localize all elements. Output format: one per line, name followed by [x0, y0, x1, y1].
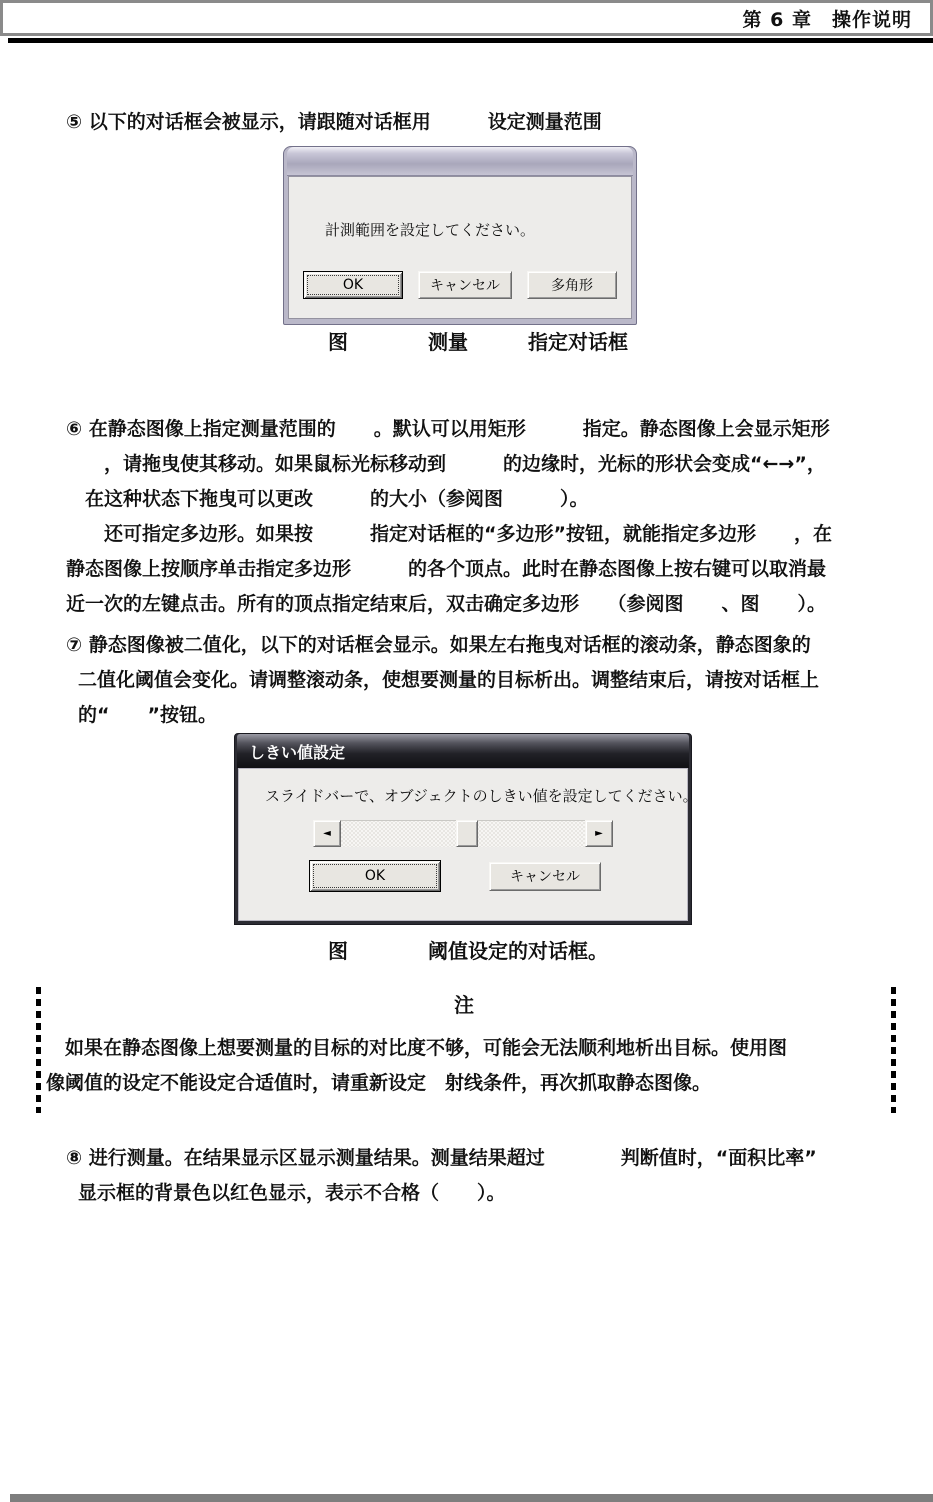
step-6-line: 静态图像上按顺序单击指定多边形 的各个顶点。此时在静态图像上按右键可以取消最: [66, 552, 933, 587]
cancel-button[interactable]: キャンセル: [418, 271, 512, 299]
step-6-line: ，请拖曳使其移动。如果鼠标光标移动到 的边缘时，光标的形状会变成“←→”，: [66, 447, 933, 482]
step-5-line: ⑤ 以下的对话框会被显示，请跟随对话框用 设定测量范围: [66, 105, 933, 140]
dialog-message: 計測範囲を設定してください。: [325, 219, 631, 240]
dialog-button-row: OK キャンセル 多角形: [289, 271, 631, 299]
step-6-line: 近一次的左键点击。所有的顶点指定结束后，双击确定多边形 （参阅图 、图 ）。: [66, 587, 933, 622]
cancel-button[interactable]: キャンセル: [489, 862, 601, 891]
threshold-dialog: しきい値設定 スライドバーで、オブジェクトのしきい値を設定してください。 ◄ ►…: [234, 733, 692, 925]
dialog-body: スライドバーで、オブジェクトのしきい値を設定してください。 ◄ ► OK キャン…: [238, 768, 688, 921]
step-7-line: 的“ ”按钮。: [66, 698, 933, 733]
step-5-paragraph: ⑤ 以下的对话框会被显示，请跟随对话框用 设定测量范围: [0, 105, 933, 140]
threshold-scrollbar[interactable]: ◄ ►: [313, 820, 613, 847]
ok-button[interactable]: OK: [309, 860, 441, 892]
note-box: 注 如果在静态图像上想要测量的目标的对比度不够，可能会无法顺利地析出目标。使用图…: [36, 987, 896, 1113]
scrollbar-thumb[interactable]: [456, 820, 478, 847]
scroll-right-button[interactable]: ►: [585, 820, 613, 847]
dialog-body: 計測範囲を設定してください。 OK キャンセル 多角形: [288, 176, 632, 319]
ok-button[interactable]: OK: [303, 271, 403, 299]
scroll-left-button[interactable]: ◄: [313, 820, 341, 847]
dialog-button-row: OK キャンセル: [239, 860, 687, 892]
step-6-paragraph: ⑥ 在静态图像上指定测量范围的 。默认可以用矩形 指定。静态图像上会显示矩形 ，…: [0, 412, 933, 622]
dialog-message: スライドバーで、オブジェクトのしきい値を設定してください。: [265, 785, 687, 806]
step-8-paragraph: ⑧ 进行测量。在结果显示区显示测量结果。测量结果超过 判断值时，“面积比率” 显…: [0, 1141, 933, 1211]
header-divider: [8, 38, 933, 43]
step-8-line: 显示框的背景色以红色显示，表示不合格（ ）。: [66, 1176, 933, 1211]
step-6-line: ⑥ 在静态图像上指定测量范围的 。默认可以用矩形 指定。静态图像上会显示矩形: [66, 412, 933, 447]
note-border-left: [36, 987, 41, 1113]
dialog-title: しきい値設定: [249, 740, 345, 763]
left-arrow-icon: ◄: [323, 829, 331, 839]
step-7-line: 二值化阈值会变化。请调整滚动条，使想要测量的目标析出。调整结束后，请按对话框上: [66, 663, 933, 698]
step-6-line: 还可指定多边形。如果按 指定对话框的“多边形”按钮，就能指定多边形 ，在: [66, 517, 933, 552]
scrollbar-track[interactable]: [341, 820, 585, 847]
note-line: 如果在静态图像上想要测量的目标的对比度不够，可能会无法顺利地析出目标。使用图: [46, 1031, 882, 1066]
figure-measure-range: 計測範囲を設定してください。 OK キャンセル 多角形 图 测量 指定对话框: [0, 146, 933, 360]
note-border-right: [891, 987, 896, 1113]
right-arrow-icon: ►: [595, 829, 603, 839]
figure-2-caption: 图 阈值设定的对话框。: [0, 934, 933, 969]
step-7-line: ⑦ 静态图像被二值化，以下的对话框会显示。如果左右拖曳对话框的滚动条，静态图象的: [66, 628, 933, 663]
note-heading: 注: [46, 989, 882, 1022]
note-line: 像阈值的设定不能设定合适值时，请重新设定 射线条件，再次抓取静态图像。: [46, 1066, 882, 1101]
measure-range-dialog: 計測範囲を設定してください。 OK キャンセル 多角形: [283, 146, 637, 325]
step-7-paragraph: ⑦ 静态图像被二值化，以下的对话框会显示。如果左右拖曳对话框的滚动条，静态图象的…: [0, 628, 933, 733]
page-header: 第 6 章 操作说明: [0, 0, 933, 36]
figure-1-caption: 图 测量 指定对话框: [0, 325, 933, 360]
dialog-titlebar[interactable]: [287, 147, 633, 176]
chapter-title: 第 6 章 操作说明: [743, 5, 912, 32]
dialog-titlebar[interactable]: しきい値設定: [237, 734, 689, 768]
figure-threshold: しきい値設定 スライドバーで、オブジェクトのしきい値を設定してください。 ◄ ►…: [0, 733, 933, 969]
manual-page: 第 6 章 操作说明 ⑤ 以下的对话框会被显示，请跟随对话框用 设定测量范围 計…: [0, 0, 933, 1502]
step-6-line: 在这种状态下拖曳可以更改 的大小（参阅图 ）。: [66, 482, 933, 517]
step-8-line: ⑧ 进行测量。在结果显示区显示测量结果。测量结果超过 判断值时，“面积比率”: [66, 1141, 933, 1176]
polygon-button[interactable]: 多角形: [527, 271, 617, 299]
footer-rule: [10, 1494, 933, 1502]
